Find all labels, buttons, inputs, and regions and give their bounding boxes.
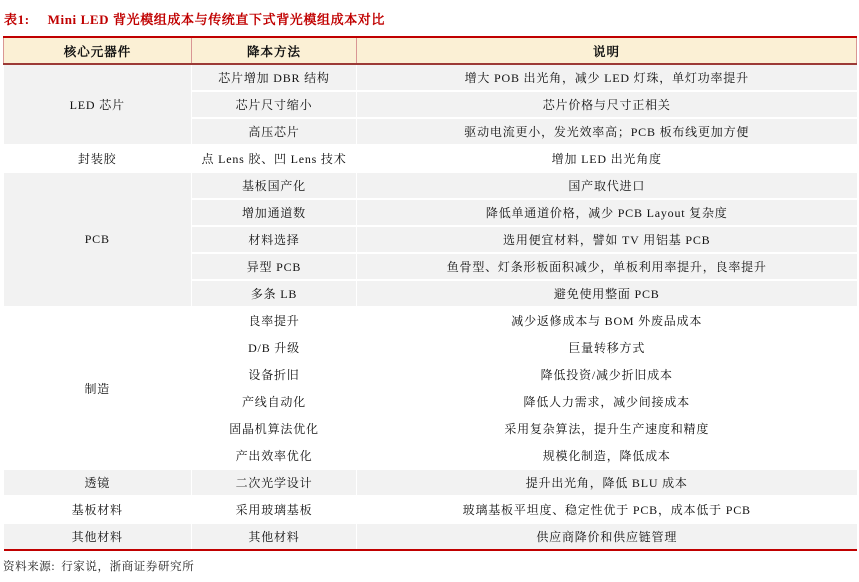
method-cell: 良率提升 bbox=[192, 307, 357, 334]
description-cell: 规模化制造，降低成本 bbox=[357, 442, 857, 469]
description-cell: 选用便宜材料，譬如 TV 用铝基 PCB bbox=[357, 226, 857, 253]
source-note: 资料来源:行家说，浙商证券研究所 bbox=[3, 558, 859, 574]
method-cell: 基板国产化 bbox=[192, 172, 357, 199]
description-cell: 降低投资/减少折旧成本 bbox=[357, 361, 857, 388]
component-cell: 制造 bbox=[4, 307, 192, 469]
source-text: 行家说，浙商证券研究所 bbox=[61, 561, 194, 573]
description-cell: 降低单通道价格，减少 PCB Layout 复杂度 bbox=[357, 199, 857, 226]
table-number-label: 表1: bbox=[4, 12, 30, 27]
description-cell: 增加 LED 出光角度 bbox=[357, 145, 857, 172]
description-cell: 降低人力需求，减少间接成本 bbox=[357, 388, 857, 415]
table-row: PCB 基板国产化 国产取代进口 bbox=[4, 172, 857, 199]
method-cell: 产线自动化 bbox=[192, 388, 357, 415]
header-cell-method: 降本方法 bbox=[192, 37, 357, 64]
header-cell-component: 核心元器件 bbox=[4, 37, 192, 64]
method-cell: 二次光学设计 bbox=[192, 469, 357, 496]
method-cell: D/B 升级 bbox=[192, 334, 357, 361]
description-cell: 芯片价格与尺寸正相关 bbox=[357, 91, 857, 118]
component-cell: 封装胶 bbox=[4, 145, 192, 172]
table-title: 表1:Mini LED 背光模组成本与传统直下式背光模组成本对比 bbox=[0, 0, 859, 28]
table-row: 其他材料 其他材料 供应商降价和供应链管理 bbox=[4, 523, 857, 550]
description-cell: 供应商降价和供应链管理 bbox=[357, 523, 857, 550]
table-row: 封装胶 点 Lens 胶、凹 Lens 技术 增加 LED 出光角度 bbox=[4, 145, 857, 172]
description-cell: 玻璃基板平坦度、稳定性优于 PCB，成本低于 PCB bbox=[357, 496, 857, 523]
description-cell: 增大 POB 出光角，减少 LED 灯珠，单灯功率提升 bbox=[357, 64, 857, 91]
method-cell: 产出效率优化 bbox=[192, 442, 357, 469]
method-cell: 多条 LB bbox=[192, 280, 357, 307]
description-cell: 减少返修成本与 BOM 外废品成本 bbox=[357, 307, 857, 334]
component-cell: 透镜 bbox=[4, 469, 192, 496]
method-cell: 材料选择 bbox=[192, 226, 357, 253]
table-title-text: Mini LED 背光模组成本与传统直下式背光模组成本对比 bbox=[48, 12, 385, 27]
method-cell: 芯片尺寸缩小 bbox=[192, 91, 357, 118]
cost-comparison-table: 核心元器件 降本方法 说明 LED 芯片 芯片增加 DBR 结构 增大 POB … bbox=[3, 36, 857, 551]
method-cell: 固晶机算法优化 bbox=[192, 415, 357, 442]
table-row: 基板材料 采用玻璃基板 玻璃基板平坦度、稳定性优于 PCB，成本低于 PCB bbox=[4, 496, 857, 523]
table-row: 制造 良率提升 减少返修成本与 BOM 外废品成本 bbox=[4, 307, 857, 334]
description-cell: 鱼骨型、灯条形板面积减少，单板利用率提升，良率提升 bbox=[357, 253, 857, 280]
method-cell: 高压芯片 bbox=[192, 118, 357, 145]
method-cell: 设备折旧 bbox=[192, 361, 357, 388]
method-cell: 点 Lens 胶、凹 Lens 技术 bbox=[192, 145, 357, 172]
description-cell: 避免使用整面 PCB bbox=[357, 280, 857, 307]
description-cell: 提升出光角，降低 BLU 成本 bbox=[357, 469, 857, 496]
header-cell-description: 说明 bbox=[357, 37, 857, 64]
description-cell: 采用复杂算法，提升生产速度和精度 bbox=[357, 415, 857, 442]
component-cell: LED 芯片 bbox=[4, 64, 192, 145]
method-cell: 采用玻璃基板 bbox=[192, 496, 357, 523]
table-row: LED 芯片 芯片增加 DBR 结构 增大 POB 出光角，减少 LED 灯珠，… bbox=[4, 64, 857, 91]
source-label: 资料来源: bbox=[3, 561, 55, 573]
component-cell: 基板材料 bbox=[4, 496, 192, 523]
method-cell: 异型 PCB bbox=[192, 253, 357, 280]
table-header-row: 核心元器件 降本方法 说明 bbox=[4, 37, 857, 64]
component-cell: PCB bbox=[4, 172, 192, 307]
description-cell: 国产取代进口 bbox=[357, 172, 857, 199]
report-page: 表1:Mini LED 背光模组成本与传统直下式背光模组成本对比 核心元器件 降… bbox=[0, 0, 859, 582]
description-cell: 驱动电流更小，发光效率高；PCB 板布线更加方便 bbox=[357, 118, 857, 145]
description-cell: 巨量转移方式 bbox=[357, 334, 857, 361]
table-row: 透镜 二次光学设计 提升出光角，降低 BLU 成本 bbox=[4, 469, 857, 496]
method-cell: 增加通道数 bbox=[192, 199, 357, 226]
component-cell: 其他材料 bbox=[4, 523, 192, 550]
method-cell: 其他材料 bbox=[192, 523, 357, 550]
method-cell: 芯片增加 DBR 结构 bbox=[192, 64, 357, 91]
